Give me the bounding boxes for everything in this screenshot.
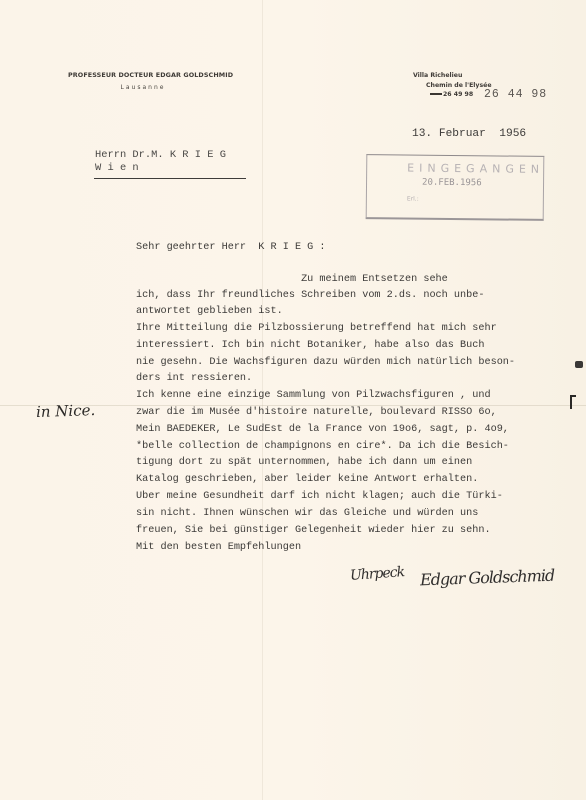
body-line: ders int ressieren. bbox=[136, 373, 252, 384]
letterhead-address-line1: Villa Richelieu bbox=[413, 72, 462, 79]
handwritten-margin-note: in Nice. bbox=[36, 401, 96, 421]
body-line: zwar die im Musée d'histoire naturelle, … bbox=[136, 407, 497, 418]
body-line: interessiert. Ich bin nicht Botaniker, h… bbox=[136, 340, 484, 351]
body-line: sin nicht. Ihnen wünschen wir das Gleich… bbox=[136, 508, 478, 519]
letterhead-phone: 26 44 98 bbox=[484, 88, 547, 101]
stamp-line3: Erl.: bbox=[407, 195, 419, 202]
recipient-city: W i e n bbox=[95, 162, 139, 174]
old-phone-text: 26 49 98 bbox=[443, 91, 473, 98]
letterhead-name: PROFESSEUR DOCTEUR EDGAR GOLDSCHMID bbox=[68, 71, 218, 79]
stamp-line1: EINGEGANGEN bbox=[407, 161, 544, 175]
stamp-line2: 20.FEB.1956 bbox=[422, 178, 482, 189]
body-line: Ihre Mitteilung die Pilzbossierung betre… bbox=[136, 323, 497, 334]
body-line: tigung dort zu spät unternommen, habe ic… bbox=[136, 457, 472, 468]
body-line: freuen, Sie bei günstiger Gelegenheit wi… bbox=[136, 525, 491, 536]
body-line: *belle collection de champignons en cire… bbox=[136, 441, 509, 452]
letter-page: PROFESSEUR DOCTEUR EDGAR GOLDSCHMID Laus… bbox=[0, 0, 586, 800]
body-line: antwortet geblieben ist. bbox=[136, 306, 283, 317]
signature-initials: Uhrpeck bbox=[350, 564, 405, 584]
letter-date: 13. Februar 1956 bbox=[412, 128, 526, 140]
signature: Edgar Goldschmid bbox=[420, 566, 555, 590]
recipient-name: Herrn Dr.M. K R I E G bbox=[95, 149, 226, 161]
body-line: ich, dass Ihr freundliches Schreiben vom… bbox=[136, 290, 484, 301]
received-stamp: EINGEGANGEN 20.FEB.1956 Erl.: bbox=[366, 154, 545, 221]
strikethrough-mark bbox=[430, 93, 442, 95]
closing-line: Mit den besten Empfehlungen bbox=[136, 542, 301, 553]
salutation: Sehr geehrter Herr K R I E G : bbox=[136, 242, 326, 253]
letterhead-old-phone: 26 49 98 bbox=[430, 91, 473, 98]
body-line: Zu meinem Entsetzen sehe bbox=[136, 274, 448, 285]
letterhead-address-line2: Chemin de l'Elysée bbox=[426, 82, 492, 89]
body-line: Katalog geschrieben, aber leider keine A… bbox=[136, 474, 478, 485]
body-line: Ich kenne eine einzige Sammlung von Pilz… bbox=[136, 390, 491, 401]
body-line: Mein BAEDEKER, Le SudEst de la France vo… bbox=[136, 424, 509, 435]
body-line: nie gesehn. Die Wachsfiguren dazu würden… bbox=[136, 357, 515, 368]
letterhead-city: Lausanne bbox=[68, 84, 218, 91]
handwritten-bracket-mark bbox=[570, 395, 572, 409]
address-underline bbox=[94, 178, 246, 179]
body-line: Uber meine Gesundheit darf ich nicht kla… bbox=[136, 491, 503, 502]
ink-blot bbox=[575, 361, 583, 368]
